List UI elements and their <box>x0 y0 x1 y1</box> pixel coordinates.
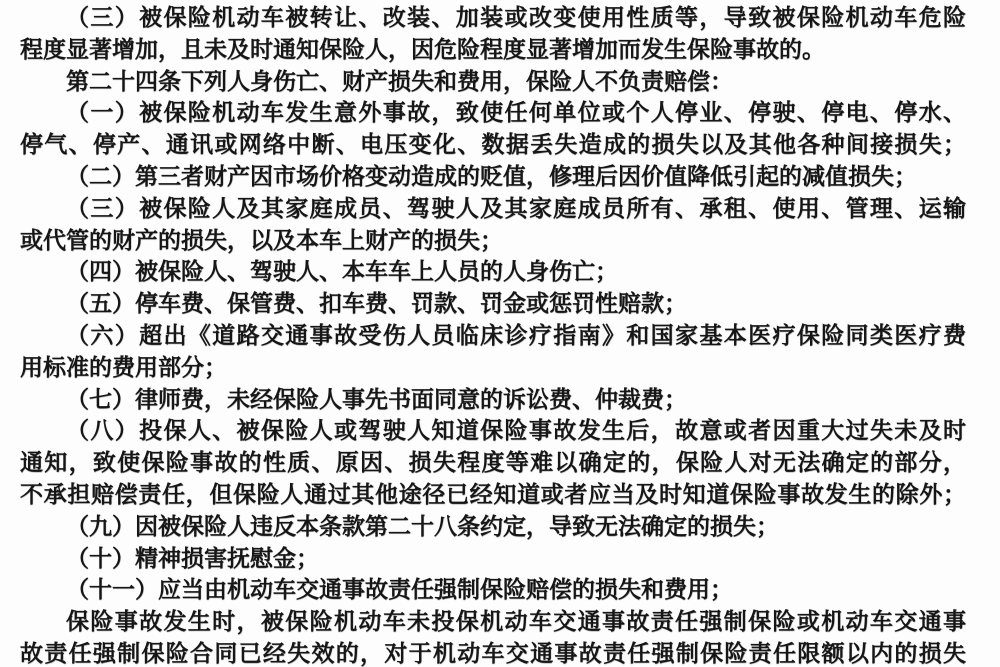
text-line: 或代管的财产的损失，以及本车上财产的损失； <box>20 225 966 257</box>
text-line: （十）精神损害抚慰金； <box>20 543 966 575</box>
text-line: 用标准的费用部分； <box>20 352 966 384</box>
text-line: （四）被保险人、驾驶人、本车车上人员的人身伤亡； <box>20 256 966 288</box>
text-line: （七）律师费，未经保险人事先书面同意的诉讼费、仲裁费； <box>20 384 966 416</box>
text-line: （三）被保险机动车被转让、改装、加装或改变使用性质等，导致被保险机动车危险 <box>20 2 966 34</box>
text-line: （六）超出《道路交通事故受伤人员临床诊疗指南》和国家基本医疗保险同类医疗费 <box>20 320 966 352</box>
text-line: （二）第三者财产因市场价格变动造成的贬值，修理后因价值降低引起的减值损失； <box>20 161 966 193</box>
text-line: 第二十四条下列人身伤亡、财产损失和费用，保险人不负责赔偿： <box>20 66 966 98</box>
text-line: （五）停车费、保管费、扣车费、罚款、罚金或惩罚性赔款； <box>20 288 966 320</box>
text-line: （九）因被保险人违反本条款第二十八条约定，导致无法确定的损失； <box>20 511 966 543</box>
text-line: 停气、停产、通讯或网络中断、电压变化、数据丢失造成的损失以及其他各种间接损失； <box>20 129 966 161</box>
text-line: （三）被保险人及其家庭成员、驾驶人及其家庭成员所有、承租、使用、管理、运输 <box>20 193 966 225</box>
document-page: （三）被保险机动车被转让、改装、加装或改变使用性质等，导致被保险机动车危险 程度… <box>0 0 1000 667</box>
text-line: 程度显著增加，且未及时通知保险人，因危险程度显著增加而发生保险事故的。 <box>20 34 966 66</box>
text-line: （八）投保人、被保险人或驾驶人知道保险事故发生后，故意或者因重大过失未及时 <box>20 415 966 447</box>
text-line: （十一）应当由机动车交通事故责任强制保险赔偿的损失和费用； <box>20 574 966 606</box>
text-line: 保险事故发生时，被保险机动车未投保机动车交通事故责任强制保险或机动车交通事 <box>20 606 966 638</box>
text-line: 不承担赔偿责任，但保险人通过其他途径已经知道或者应当及时知道保险事故发生的除外； <box>20 479 966 511</box>
text-line: （一）被保险机动车发生意外事故，致使任何单位或个人停业、停驶、停电、停水、 <box>20 97 966 129</box>
text-line: 故责任强制保险合同已经失效的，对于机动车交通事故责任强制保险责任限额以内的损失 <box>20 638 966 667</box>
text-line: 通知，致使保险事故的性质、原因、损失程度等难以确定的，保险人对无法确定的部分， <box>20 447 966 479</box>
